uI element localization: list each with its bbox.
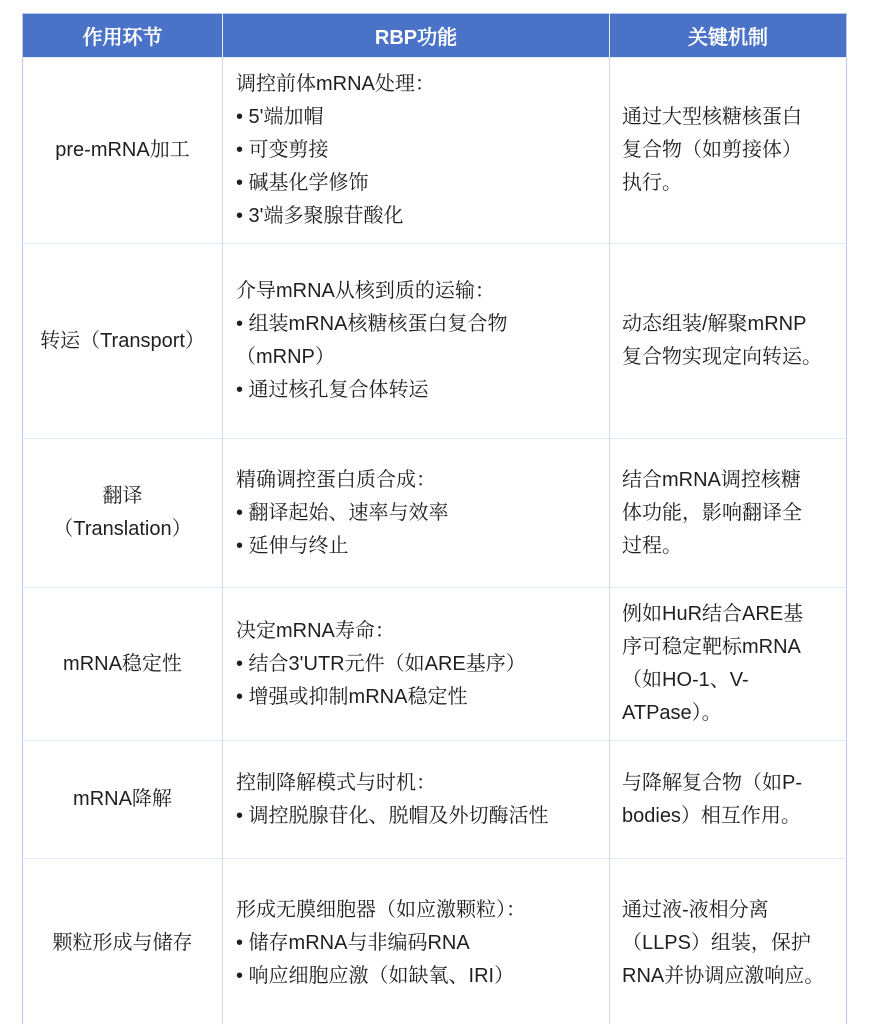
mechanism-cell: 通过液-液相分离（LLPS）组装，保护RNA并协调应激响应。 [610,859,847,1024]
header-row: 作用环节 RBP功能 关键机制 [23,14,847,58]
mechanism-line: 与降解复合物（如P- [622,767,836,800]
table-row: 颗粒形成与储存形成无膜细胞器（如应激颗粒）：• 储存mRNA与非编码RNA• 响… [23,859,847,1024]
table-row: 转运（Transport）介导mRNA从核到质的运输：• 组装mRNA核糖核蛋白… [23,244,847,439]
mechanism-cell: 结合mRNA调控核糖体功能，影响翻译全过程。 [610,439,847,588]
function-cell: 形成无膜细胞器（如应激颗粒）：• 储存mRNA与非编码RNA• 响应细胞应激（如… [223,859,610,1024]
function-line: • 增强或抑制mRNA稳定性 [236,681,599,714]
function-line: • 碱基化学修饰 [236,167,599,200]
function-line: 决定mRNA寿命： [236,615,599,648]
mechanism-line: 通过液-液相分离 [622,894,836,927]
function-line: • 调控脱腺苷化、脱帽及外切酶活性 [236,800,599,833]
mechanism-cell: 例如HuR结合ARE基序可稳定靶标mRNA（如HO-1、V-ATPase）。 [610,588,847,741]
function-line: • 通过核孔复合体转运 [236,374,599,407]
mechanism-cell: 与降解复合物（如P-bodies）相互作用。 [610,741,847,859]
mechanism-cell: 通过大型核糖核蛋白复合物（如剪接体）执行。 [610,58,847,244]
column-header-key-mechanism: 关键机制 [610,14,847,58]
column-header-stage: 作用环节 [23,14,223,58]
function-line: • 响应细胞应激（如缺氧、IRI） [236,960,599,993]
function-line: • 3'端多聚腺苷酸化 [236,200,599,233]
stage-cell: mRNA降解 [23,741,223,859]
function-line: 调控前体mRNA处理： [236,68,599,101]
function-line: 介导mRNA从核到质的运输： [236,275,599,308]
stage-line: pre-mRNA加工 [29,134,216,167]
mechanism-line: 复合物实现定向转运。 [622,341,836,374]
mechanism-line: RNA并协调应激响应。 [622,960,836,993]
mechanism-line: ATPase）。 [622,697,836,730]
table-row: mRNA降解控制降解模式与时机：• 调控脱腺苷化、脱帽及外切酶活性与降解复合物（… [23,741,847,859]
mechanism-line: 体功能，影响翻译全 [622,497,836,530]
function-line: • 储存mRNA与非编码RNA [236,927,599,960]
mechanism-line: 执行。 [622,167,836,200]
stage-cell: mRNA稳定性 [23,588,223,741]
mechanism-line: 复合物（如剪接体） [622,134,836,167]
function-line: • 组装mRNA核糖核蛋白复合物 [236,308,599,341]
rbp-functions-table: 作用环节 RBP功能 关键机制 pre-mRNA加工调控前体mRNA处理：• 5… [22,13,847,1024]
mechanism-line: 序可稳定靶标mRNA [622,631,836,664]
stage-cell: 转运（Transport） [23,244,223,439]
function-line: • 延伸与终止 [236,530,599,563]
column-header-rbp-function: RBP功能 [223,14,610,58]
stage-cell: 颗粒形成与储存 [23,859,223,1024]
function-line: 形成无膜细胞器（如应激颗粒）： [236,894,599,927]
table-row: mRNA稳定性决定mRNA寿命：• 结合3'UTR元件（如ARE基序）• 增强或… [23,588,847,741]
stage-line: 翻译 [29,480,216,513]
table-row: pre-mRNA加工调控前体mRNA处理：• 5'端加帽• 可变剪接• 碱基化学… [23,58,847,244]
table-row: 翻译（Translation）精确调控蛋白质合成：• 翻译起始、速率与效率• 延… [23,439,847,588]
stage-cell: pre-mRNA加工 [23,58,223,244]
function-cell: 介导mRNA从核到质的运输：• 组装mRNA核糖核蛋白复合物（mRNP）• 通过… [223,244,610,439]
mechanism-line: 动态组装/解聚mRNP [622,308,836,341]
stage-line: mRNA降解 [29,783,216,816]
function-line: 精确调控蛋白质合成： [236,464,599,497]
stage-cell: 翻译（Translation） [23,439,223,588]
function-cell: 决定mRNA寿命：• 结合3'UTR元件（如ARE基序）• 增强或抑制mRNA稳… [223,588,610,741]
function-line: • 结合3'UTR元件（如ARE基序） [236,648,599,681]
mechanism-cell: 动态组装/解聚mRNP复合物实现定向转运。 [610,244,847,439]
stage-line: mRNA稳定性 [29,648,216,681]
function-line: • 翻译起始、速率与效率 [236,497,599,530]
stage-line: （Translation） [29,513,216,546]
function-cell: 控制降解模式与时机：• 调控脱腺苷化、脱帽及外切酶活性 [223,741,610,859]
mechanism-line: bodies）相互作用。 [622,800,836,833]
mechanism-line: （如HO-1、V- [622,664,836,697]
function-line: • 5'端加帽 [236,101,599,134]
function-line: 控制降解模式与时机： [236,767,599,800]
function-cell: 调控前体mRNA处理：• 5'端加帽• 可变剪接• 碱基化学修饰• 3'端多聚腺… [223,58,610,244]
function-line: （mRNP） [236,341,599,374]
mechanism-line: 过程。 [622,530,836,563]
stage-line: 颗粒形成与储存 [29,927,216,960]
mechanism-line: 例如HuR结合ARE基 [622,598,836,631]
stage-line: 转运（Transport） [29,325,216,358]
page: 作用环节 RBP功能 关键机制 pre-mRNA加工调控前体mRNA处理：• 5… [0,0,869,1024]
table-body: pre-mRNA加工调控前体mRNA处理：• 5'端加帽• 可变剪接• 碱基化学… [23,58,847,1024]
mechanism-line: （LLPS）组装，保护 [622,927,836,960]
mechanism-line: 通过大型核糖核蛋白 [622,101,836,134]
function-cell: 精确调控蛋白质合成：• 翻译起始、速率与效率• 延伸与终止 [223,439,610,588]
function-line: • 可变剪接 [236,134,599,167]
mechanism-line: 结合mRNA调控核糖 [622,464,836,497]
